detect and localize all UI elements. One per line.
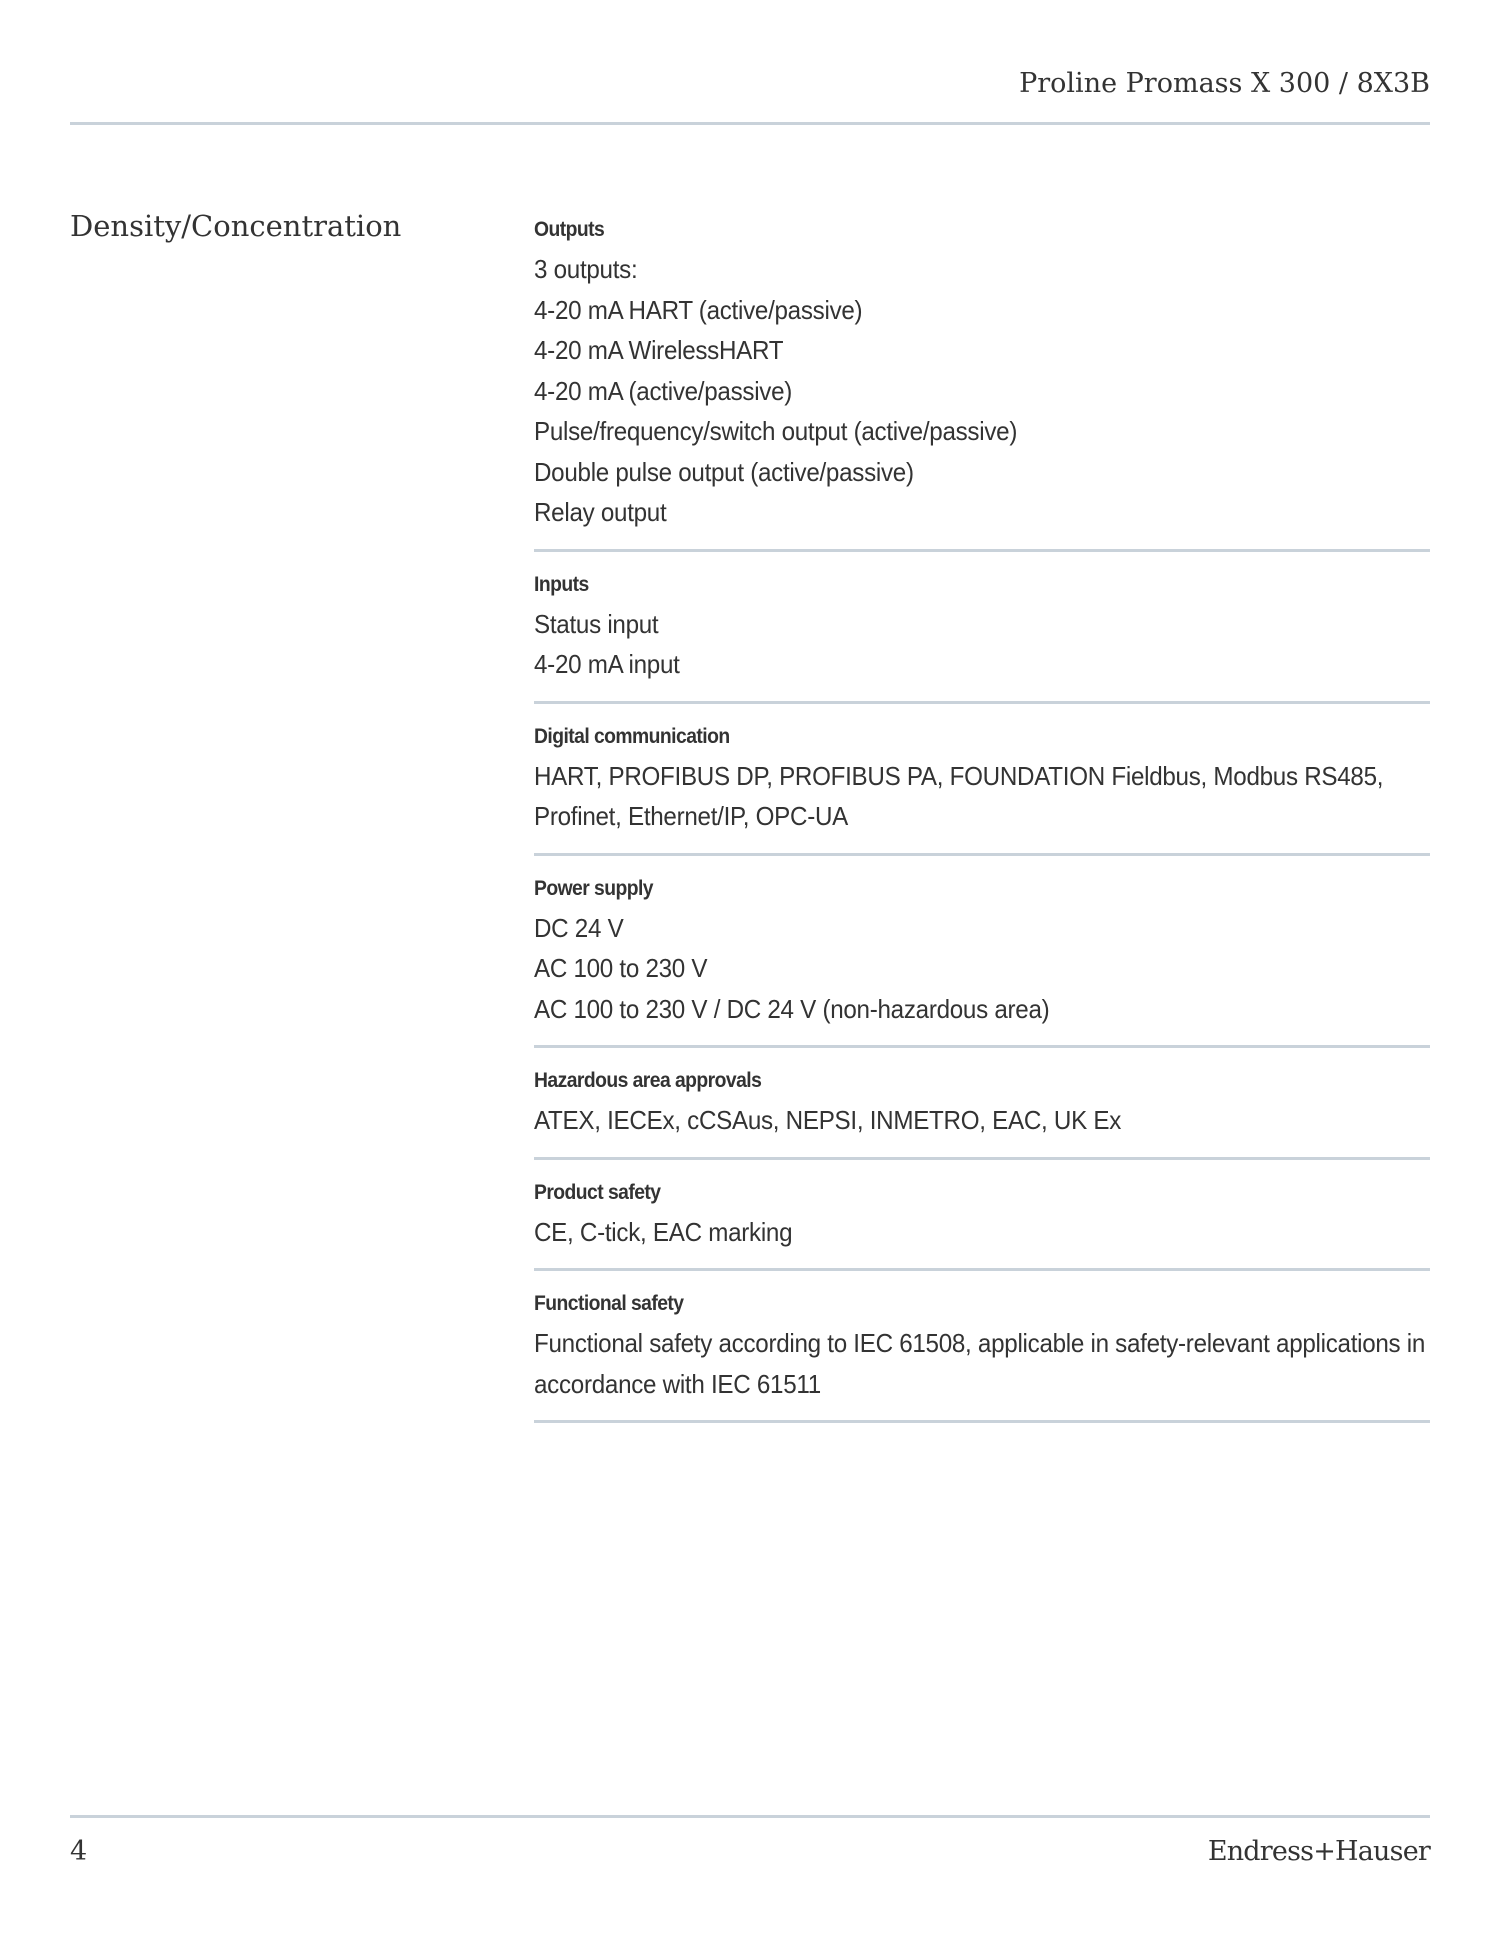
- spec-functional-safety: Functional safety Functional safety acco…: [534, 1289, 1430, 1423]
- spec-value: AC 100 to 230 V / DC 24 V (non-hazardous…: [534, 989, 1367, 1030]
- spec-outputs: Outputs 3 outputs: 4-20 mA HART (active/…: [534, 215, 1430, 552]
- spec-label: Digital communication: [534, 722, 1358, 752]
- spec-label: Inputs: [534, 570, 1358, 600]
- spec-label: Hazardous area approvals: [534, 1066, 1358, 1096]
- spec-value: 4-20 mA (active/passive): [534, 371, 1367, 412]
- spec-value: HART, PROFIBUS DP, PROFIBUS PA, FOUNDATI…: [534, 756, 1427, 837]
- spec-value: CE, C-tick, EAC marking: [534, 1212, 1367, 1253]
- spec-inputs: Inputs Status input 4-20 mA input: [534, 570, 1430, 704]
- spec-value: Pulse/frequency/switch output (active/pa…: [534, 411, 1367, 452]
- spec-value: Double pulse output (active/passive): [534, 452, 1367, 493]
- footer-divider: [70, 1815, 1430, 1818]
- spec-power-supply: Power supply DC 24 V AC 100 to 230 V AC …: [534, 874, 1430, 1049]
- spec-value: Relay output: [534, 492, 1367, 533]
- brand-name: Endress+Hauser: [1208, 1836, 1430, 1867]
- spec-value: 4-20 mA input: [534, 644, 1367, 685]
- spec-product-safety: Product safety CE, C-tick, EAC marking: [534, 1178, 1430, 1272]
- spec-value: Functional safety according to IEC 61508…: [534, 1323, 1427, 1404]
- spec-digital-communication: Digital communication HART, PROFIBUS DP,…: [534, 722, 1430, 856]
- spec-label: Power supply: [534, 874, 1358, 904]
- spec-list: Outputs 3 outputs: 4-20 mA HART (active/…: [534, 215, 1430, 1441]
- spec-value: DC 24 V: [534, 908, 1367, 949]
- spec-hazardous-area-approvals: Hazardous area approvals ATEX, IECEx, cC…: [534, 1066, 1430, 1160]
- spec-value: 4-20 mA WirelessHART: [534, 330, 1367, 371]
- document-header-title: Proline Promass X 300 / 8X3B: [1019, 68, 1430, 99]
- spec-label: Functional safety: [534, 1289, 1358, 1319]
- spec-label: Product safety: [534, 1178, 1358, 1208]
- spec-value: Status input: [534, 604, 1367, 645]
- spec-value: 3 outputs:: [534, 249, 1367, 290]
- spec-value: ATEX, IECEx, cCSAus, NEPSI, INMETRO, EAC…: [534, 1100, 1367, 1141]
- spec-label: Outputs: [534, 215, 1358, 245]
- section-title: Density/Concentration: [70, 209, 401, 243]
- spec-value: 4-20 mA HART (active/passive): [534, 290, 1367, 331]
- header-divider: [70, 122, 1430, 125]
- spec-value: AC 100 to 230 V: [534, 948, 1367, 989]
- page-number: 4: [70, 1836, 87, 1867]
